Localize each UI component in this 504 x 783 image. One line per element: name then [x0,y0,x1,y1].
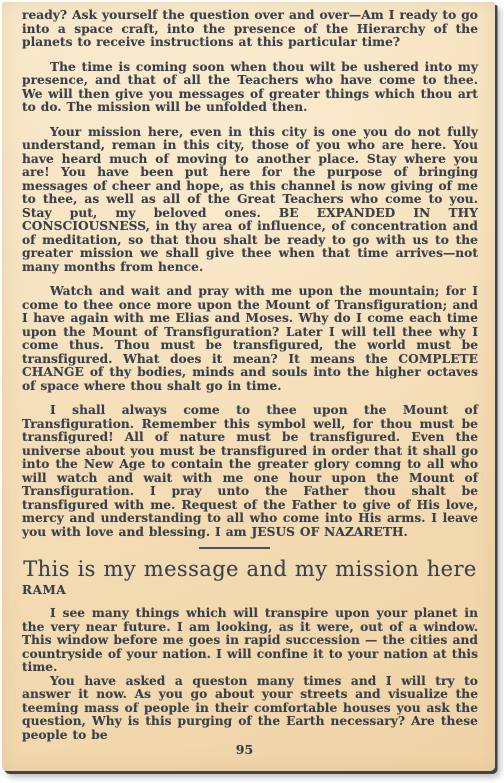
body-paragraph: ready? Ask yourself the question over an… [22,9,478,50]
section-heading: This is my message and my mission here [22,558,478,581]
body-paragraph: The time is coming soon when thou wilt b… [22,61,478,115]
speaker-name: RAMA [22,583,478,597]
body-paragraph: I see many things which will transpire u… [22,607,478,675]
scanned-book-page: ready? Ask yourself the question over an… [2,2,495,771]
page-text-column: ready? Ask yourself the question over an… [22,9,478,742]
body-paragraph: Your mission here, even in this city is … [22,126,478,275]
page-number: 95 [2,742,487,757]
section-divider-rule [199,547,270,549]
body-paragraph: You have asked a queston many times and … [22,675,478,743]
body-paragraph: I shall always come to thee upon the Mou… [22,404,478,539]
body-paragraph: Watch and wait and pray with me upon the… [22,285,478,393]
